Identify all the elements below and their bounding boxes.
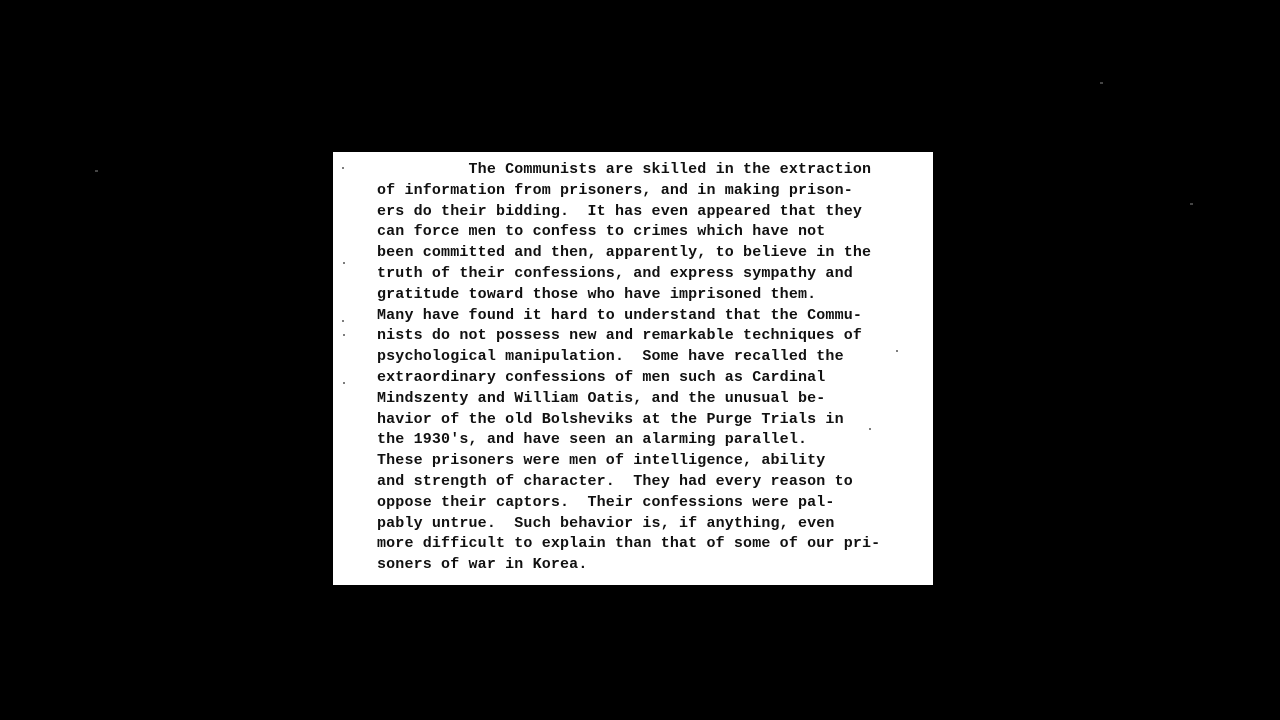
text-line: been committed and then, apparently, to … <box>377 243 897 264</box>
background-speck <box>1100 82 1103 84</box>
text-line: gratitude toward those who have imprison… <box>377 285 897 306</box>
video-frame: The Communists are skilled in the extrac… <box>0 0 1280 720</box>
text-line: more difficult to explain than that of s… <box>377 534 897 555</box>
text-line: The Communists are skilled in the extrac… <box>377 160 897 181</box>
text-line: oppose their captors. Their confessions … <box>377 493 897 514</box>
text-line: extraordinary confessions of men such as… <box>377 368 897 389</box>
text-line: ers do their bidding. It has even appear… <box>377 202 897 223</box>
paper-speck <box>342 320 344 322</box>
background-speck <box>1190 203 1193 205</box>
document-body: The Communists are skilled in the extrac… <box>377 160 897 576</box>
paper-speck <box>342 167 344 169</box>
paper-speck <box>343 262 345 264</box>
text-line: These prisoners were men of intelligence… <box>377 451 897 472</box>
paper-speck <box>343 382 345 384</box>
text-line: of information from prisoners, and in ma… <box>377 181 897 202</box>
text-line: the 1930's, and have seen an alarming pa… <box>377 430 897 451</box>
text-line: and strength of character. They had ever… <box>377 472 897 493</box>
text-line: havior of the old Bolsheviks at the Purg… <box>377 410 897 431</box>
text-line: pably untrue. Such behavior is, if anyth… <box>377 514 897 535</box>
text-line: Many have found it hard to understand th… <box>377 306 897 327</box>
paper-speck <box>343 334 345 336</box>
text-line: psychological manipulation. Some have re… <box>377 347 897 368</box>
text-line: truth of their confessions, and express … <box>377 264 897 285</box>
background-speck <box>95 170 98 172</box>
text-line: soners of war in Korea. <box>377 555 897 576</box>
document-page: The Communists are skilled in the extrac… <box>333 152 933 585</box>
text-line: can force men to confess to crimes which… <box>377 222 897 243</box>
text-line: Mindszenty and William Oatis, and the un… <box>377 389 897 410</box>
text-line: nists do not possess new and remarkable … <box>377 326 897 347</box>
